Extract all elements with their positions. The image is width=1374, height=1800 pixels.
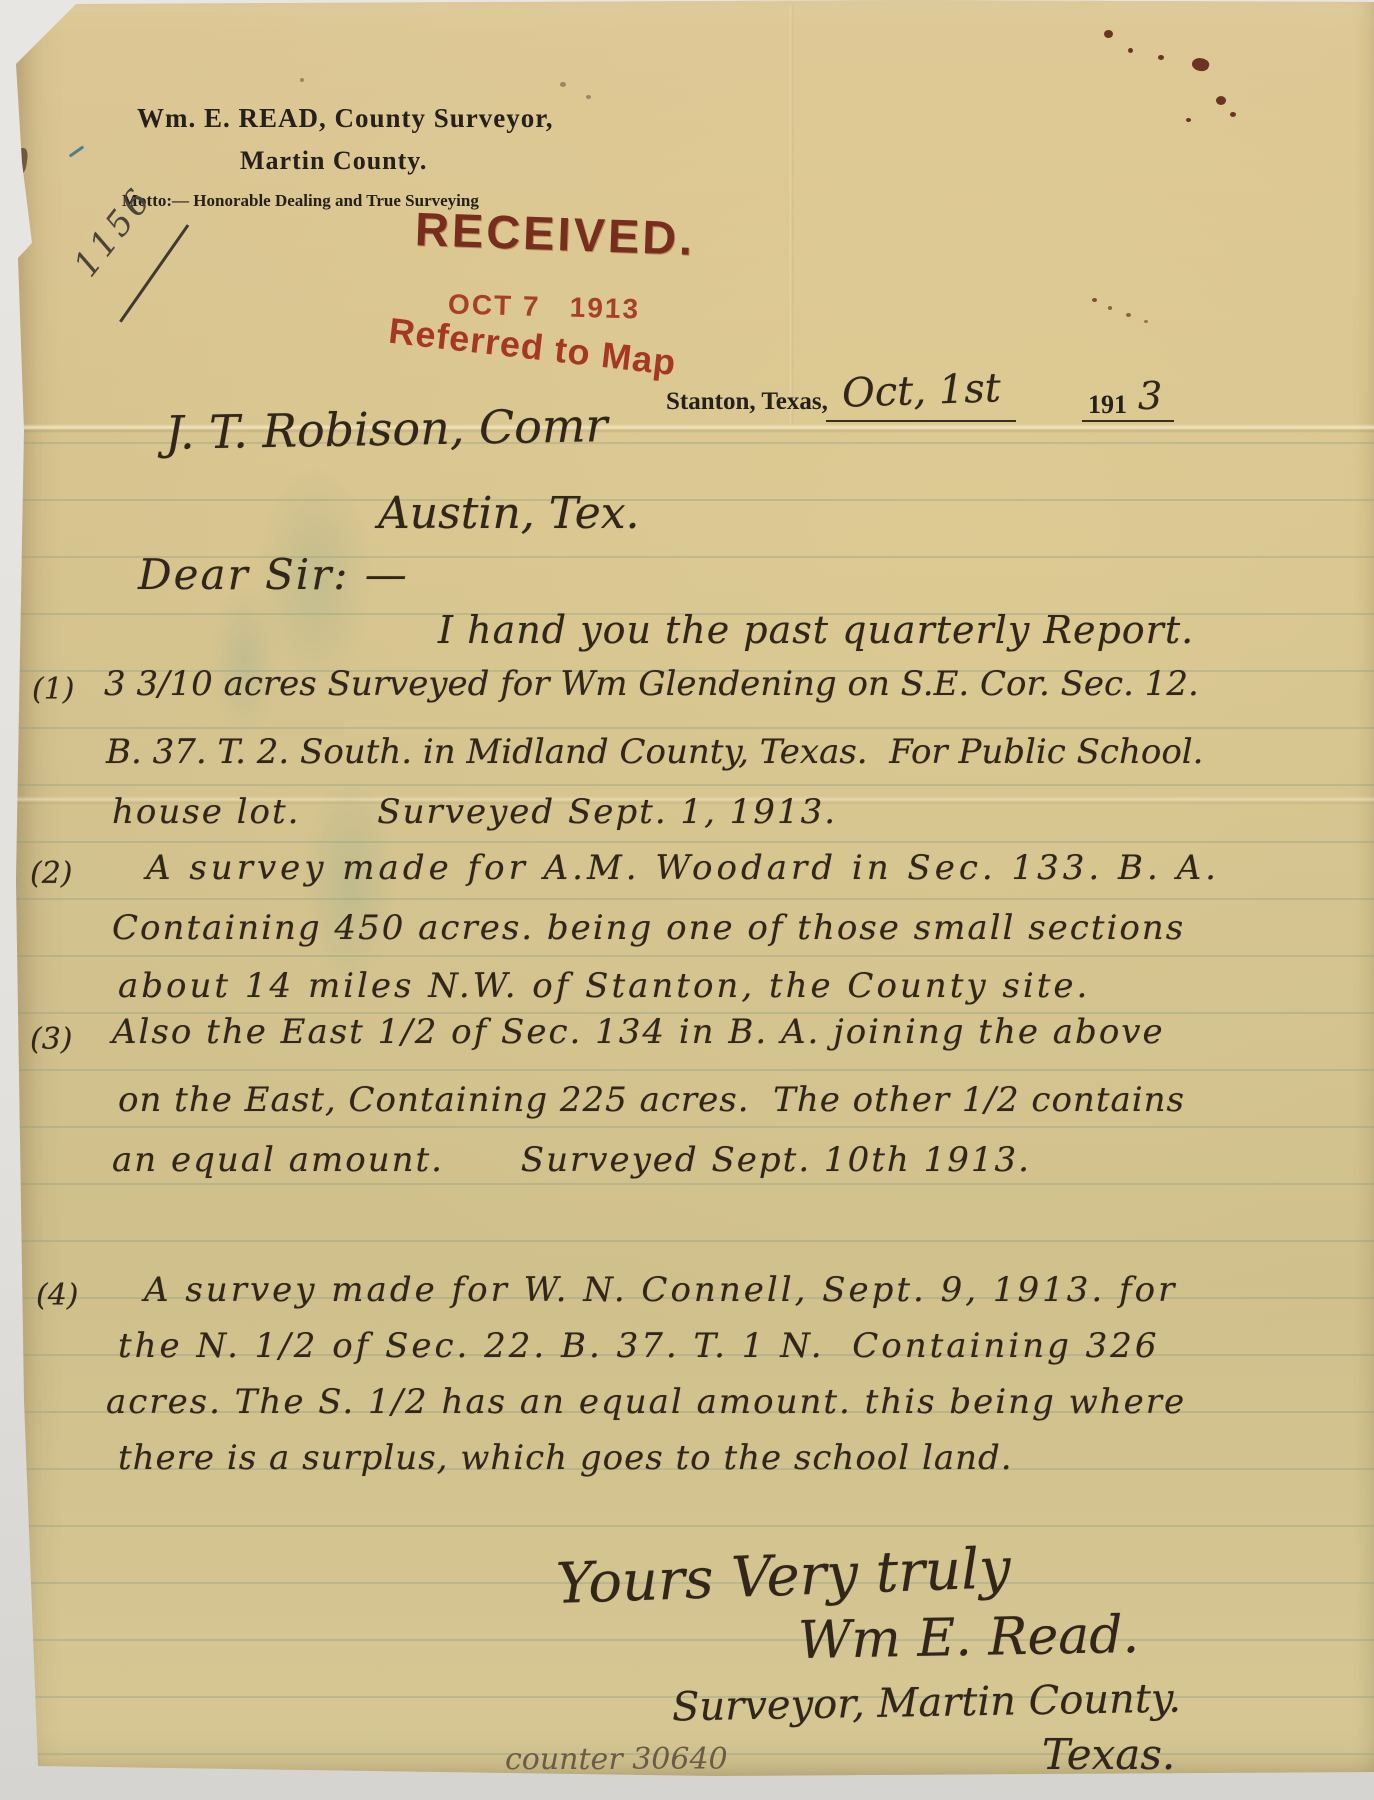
item-line: acres. The S. 1/2 has an equal amount. t… xyxy=(106,1382,1186,1422)
addressee-city-line: Austin, Tex. xyxy=(378,488,640,539)
blue-pen-mark xyxy=(69,145,85,157)
dateline-year-handwritten: 3 xyxy=(1138,374,1162,418)
ink-speck xyxy=(1126,313,1131,317)
item-number: (3) xyxy=(30,1022,73,1057)
item-line: the N. 1/2 of Sec. 22. B. 37. T. 1 N. Co… xyxy=(118,1326,1160,1366)
item-line: 3 3/10 acres Surveyed for Wm Glendening … xyxy=(104,664,1199,704)
ink-blot xyxy=(1128,48,1133,53)
ink-blot xyxy=(1158,55,1164,60)
ink-blot xyxy=(1190,55,1210,73)
item-line: A survey made for W. N. Connell, Sept. 9… xyxy=(144,1270,1177,1310)
ink-speck xyxy=(1144,320,1148,323)
scanned-letter-page: Wm. E. READ, County Surveyor, Martin Cou… xyxy=(0,0,1374,1800)
addressee-line: J. T. Robison, Comr xyxy=(165,398,608,460)
item-line: B. 37. T. 2. South. in Midland County, T… xyxy=(106,732,1203,772)
paper-speck xyxy=(586,95,591,99)
fold-crease-vertical xyxy=(789,4,794,424)
dateline-rule xyxy=(826,420,1016,422)
opening-line: I hand you the past quarterly Report. xyxy=(438,608,1194,652)
dateline-place: Stanton, Texas, xyxy=(666,388,828,416)
signature-title: Surveyor, Martin County. xyxy=(672,1676,1182,1731)
ink-blot xyxy=(1104,30,1113,38)
salutation: Dear Sir: — xyxy=(138,550,409,599)
item-line: on the East, Containing 225 acres. The o… xyxy=(118,1080,1185,1120)
item-line: Also the East 1/2 of Sec. 134 in B. A. j… xyxy=(112,1012,1165,1052)
item-line: A survey made for A.M. Woodard in Sec. 1… xyxy=(146,848,1220,888)
paper-speck xyxy=(300,78,304,82)
paper-speck xyxy=(560,82,566,87)
ink-blot xyxy=(1216,96,1226,105)
signature-location: Texas. xyxy=(1042,1730,1175,1779)
dateline-rule xyxy=(1082,420,1174,422)
item-line: an equal amount. Surveyed Sept. 10th 191… xyxy=(112,1140,1031,1180)
item-line: Containing 450 acres. being one of those… xyxy=(112,908,1185,948)
ink-speck xyxy=(1108,306,1112,310)
item-line: about 14 miles N.W. of Stanton, the Coun… xyxy=(118,966,1090,1006)
torn-edge-mark xyxy=(14,147,29,174)
ink-blot xyxy=(1186,118,1191,122)
paper-sheet xyxy=(14,0,1374,1778)
counter-annotation: counter 30640 xyxy=(505,1742,728,1777)
ink-speck xyxy=(1092,298,1097,302)
item-number: (4) xyxy=(36,1278,79,1313)
item-number: (2) xyxy=(30,856,73,891)
item-line: there is a surplus, which goes to the sc… xyxy=(118,1438,1013,1478)
ink-blot xyxy=(1230,112,1236,117)
letterhead-name: Wm. E. READ, County Surveyor, xyxy=(137,103,554,134)
signature: Wm E. Read. xyxy=(798,1605,1140,1671)
dateline-year-printed: 191 xyxy=(1088,390,1127,420)
item-number: (1) xyxy=(32,672,75,707)
dateline-handwritten-date: Oct, 1st xyxy=(841,365,1001,417)
letterhead-county: Martin County. xyxy=(240,146,427,176)
received-stamp-text: RECEIVED. xyxy=(414,201,696,266)
item-line: house lot. Surveyed Sept. 1, 1913. xyxy=(112,792,837,832)
